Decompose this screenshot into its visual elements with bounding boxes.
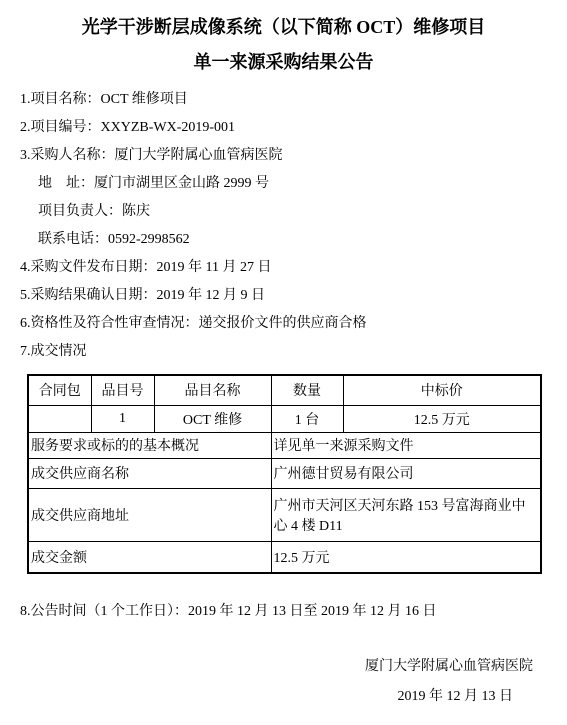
cell-item-name: OCT 维修 [154,405,271,432]
cell-item-number: 1 [91,405,154,432]
item-contact-phone: 联系电话：0592-2998562 [38,226,567,254]
value-award-amount: 12.5 万元 [271,541,541,573]
cell-contract-package [28,405,91,432]
signature-date: 2019 年 12 月 13 日 [0,682,567,712]
label-supplier-address: 成交供应商地址 [28,488,271,541]
document-title-line2: 单一来源采购结果公告 [0,41,567,76]
cell-winning-price: 12.5 万元 [343,405,541,432]
item-project-number: 2.项目编号：XXYZB-WX-2019-001 [20,114,567,142]
label-service-overview: 服务要求或标的的基本概况 [28,432,271,458]
header-contract-package: 合同包 [28,375,91,405]
item-qualification-review: 6.资格性及符合性审查情况：递交报价文件的供应商合格 [20,310,567,338]
item-project-manager: 项目负责人：陈庆 [38,198,567,226]
header-item-name: 品目名称 [154,375,271,405]
item-project-name: 1.项目名称：OCT 维修项目 [20,86,567,114]
item-award-situation: 7.成交情况 [20,338,567,366]
info-list: 1.项目名称：OCT 维修项目 2.项目编号：XXYZB-WX-2019-001… [20,86,567,366]
table-row-supplier-address: 成交供应商地址 广州市天河区天河东路 153 号富海商业中心 4 楼 D11 [28,488,541,541]
table-header-row: 合同包 品目号 品目名称 数量 中标价 [28,375,541,405]
header-item-number: 品目号 [91,375,154,405]
header-winning-price: 中标价 [343,375,541,405]
value-service-overview: 详见单一来源采购文件 [271,432,541,458]
value-supplier-address: 广州市天河区天河东路 153 号富海商业中心 4 楼 D11 [271,488,541,541]
table-row-award-amount: 成交金额 12.5 万元 [28,541,541,573]
announcement-document: 光学干涉断层成像系统（以下简称 OCT）维修项目 单一来源采购结果公告 1.项目… [0,0,567,725]
signature-block: 厦门大学附属心血管病医院 2019 年 12 月 13 日 [0,652,567,712]
cell-quantity: 1 台 [271,405,343,432]
item-doc-publish-date: 4.采购文件发布日期：2019 年 11 月 27 日 [20,254,567,282]
label-award-amount: 成交金额 [28,541,271,573]
table-row-service-overview: 服务要求或标的的基本概况 详见单一来源采购文件 [28,432,541,458]
value-supplier-name: 广州德甘贸易有限公司 [271,458,541,488]
table-row-supplier-name: 成交供应商名称 广州德甘贸易有限公司 [28,458,541,488]
announcement-period: 8.公告时间（1 个工作日）：2019 年 12 月 13 日至 2019 年 … [20,598,567,626]
header-quantity: 数量 [271,375,343,405]
award-result-table: 合同包 品目号 品目名称 数量 中标价 1 OCT 维修 1 台 12.5 万元… [27,374,542,574]
item-purchaser-name: 3.采购人名称：厦门大学附属心血管病医院 [20,142,567,170]
document-title-line1: 光学干涉断层成像系统（以下简称 OCT）维修项目 [0,0,567,41]
item-result-confirm-date: 5.采购结果确认日期：2019 年 12 月 9 日 [20,282,567,310]
table-item-row: 1 OCT 维修 1 台 12.5 万元 [28,405,541,432]
label-supplier-name: 成交供应商名称 [28,458,271,488]
signature-organization: 厦门大学附属心血管病医院 [0,652,567,682]
item-purchaser-address: 地 址：厦门市湖里区金山路 2999 号 [38,170,567,198]
